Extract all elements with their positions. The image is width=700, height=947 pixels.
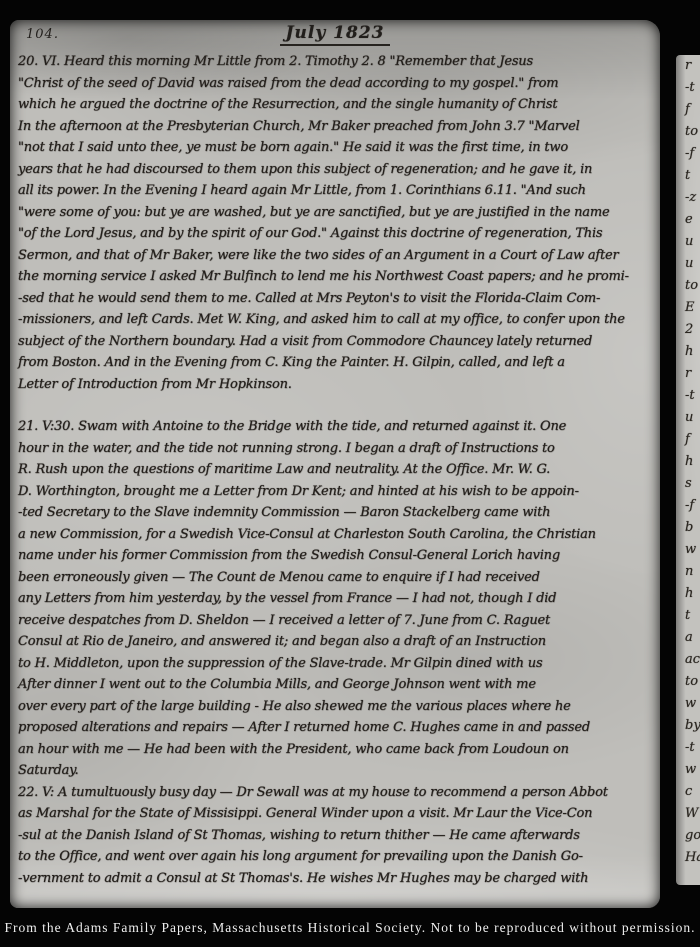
- next-page-text-fragment: -z: [676, 187, 700, 209]
- manuscript-line: In the afternoon at the Presbyterian Chu…: [18, 116, 654, 138]
- manuscript-line: "of the Lord Jesus, and by the spirit of…: [18, 223, 654, 245]
- next-page-text-fragment: to: [676, 671, 700, 693]
- manuscript-line: to the Office, and went over again his l…: [18, 846, 654, 868]
- diary-entries: 20. VI. Heard this morning Mr Little fro…: [18, 51, 654, 889]
- next-page-text-fragment: a: [676, 627, 700, 649]
- manuscript-line: hour in the water, and the tide not runn…: [18, 438, 654, 460]
- next-page-text-fragment: t: [676, 605, 700, 627]
- manuscript-line: Consul at Rio de Janeiro, and answered i…: [18, 631, 654, 653]
- manuscript-line: name under his former Commission from th…: [18, 545, 654, 567]
- manuscript-line: proposed alterations and repairs — After…: [18, 717, 654, 739]
- manuscript-line: 21. V:30. Swam with Antoine to the Bridg…: [18, 416, 654, 438]
- manuscript-line: 22. V: A tumultuously busy day — Dr Sewa…: [18, 782, 654, 804]
- next-page-text-fragment: f: [676, 99, 700, 121]
- manuscript-line: "Christ of the seed of David was raised …: [18, 73, 654, 95]
- next-page-text-fragment: W: [676, 803, 700, 825]
- next-page-text-fragment: to: [676, 275, 700, 297]
- manuscript-line: Saturday.: [18, 760, 654, 782]
- next-page-text-fragment: c: [676, 781, 700, 803]
- manuscript-line: receive despatches from D. Sheldon — I r…: [18, 610, 654, 632]
- next-page-text-fragment: -f: [676, 143, 700, 165]
- manuscript-line: as Marshal for the State of Missisippi. …: [18, 803, 654, 825]
- scan-background: 104. July 1823 20. VI. Heard this mornin…: [0, 0, 700, 947]
- next-page-text-fragment: w: [676, 539, 700, 561]
- next-page-text-fragment: b: [676, 517, 700, 539]
- next-page-text-fragment: w: [676, 759, 700, 781]
- manuscript-line: over every part of the large building - …: [18, 696, 654, 718]
- next-page-text-fragment: r: [676, 55, 700, 77]
- manuscript-line: years that he had discoursed to them upo…: [18, 159, 654, 181]
- next-page-text-fragment: E: [676, 297, 700, 319]
- diary-entry: 21. V:30. Swam with Antoine to the Bridg…: [18, 416, 654, 782]
- next-page-text-fragment: h: [676, 451, 700, 473]
- manuscript-line: D. Worthington, brought me a Letter from…: [18, 481, 654, 503]
- next-page-text-fragment: -t: [676, 77, 700, 99]
- manuscript-page: 104. July 1823 20. VI. Heard this mornin…: [10, 20, 660, 908]
- manuscript-line: "were some of you: but ye are washed, bu…: [18, 202, 654, 224]
- manuscript-line: a new Commission, for a Swedish Vice-Con…: [18, 524, 654, 546]
- manuscript-line: the morning service I asked Mr Bulfinch …: [18, 266, 654, 288]
- next-page-text-fragment: e: [676, 209, 700, 231]
- next-page-text-fragment: s: [676, 473, 700, 495]
- next-page-text-fragment: f: [676, 429, 700, 451]
- next-page-text-fragment: h: [676, 583, 700, 605]
- manuscript-line: an hour with me — He had been with the P…: [18, 739, 654, 761]
- next-page-text-fragment: r: [676, 363, 700, 385]
- next-page-text-fragment: h: [676, 341, 700, 363]
- manuscript-line: subject of the Northern boundary. Had a …: [18, 331, 654, 353]
- diary-entry: 22. V: A tumultuously busy day — Dr Sewa…: [18, 782, 654, 890]
- manuscript-line: any Letters from him yesterday, by the v…: [18, 588, 654, 610]
- next-page-text-fragment: to: [676, 121, 700, 143]
- month-header-text: July 1823: [280, 23, 391, 46]
- manuscript-line: -sul at the Danish Island of St Thomas, …: [18, 825, 654, 847]
- next-page-text-fragment: t: [676, 165, 700, 187]
- manuscript-line: Letter of Introduction from Mr Hopkinson…: [18, 374, 654, 396]
- manuscript-line: 20. VI. Heard this morning Mr Little fro…: [18, 51, 654, 73]
- manuscript-line: Sermon, and that of Mr Baker, were like …: [18, 245, 654, 267]
- next-page-text-fragment: u: [676, 231, 700, 253]
- manuscript-line: to H. Middleton, upon the suppression of…: [18, 653, 654, 675]
- next-page-text-fragment: n: [676, 561, 700, 583]
- manuscript-line: -sed that he would send them to me. Call…: [18, 288, 654, 310]
- next-page-sliver: r-tfto-ft-zeuutoE2hr-tufhs-fbwnhtaactowb…: [676, 55, 700, 885]
- manuscript-line: "not that I said unto thee, ye must be b…: [18, 137, 654, 159]
- next-page-text-fragment: Ha: [676, 847, 700, 869]
- next-page-text-fragment: -f: [676, 495, 700, 517]
- manuscript-line: After dinner I went out to the Columbia …: [18, 674, 654, 696]
- diary-entry: 20. VI. Heard this morning Mr Little fro…: [18, 51, 654, 395]
- next-page-text-fragment: u: [676, 407, 700, 429]
- next-page-text-fragment: go: [676, 825, 700, 847]
- next-page-text-fragment: u: [676, 253, 700, 275]
- manuscript-line: -ted Secretary to the Slave indemnity Co…: [18, 502, 654, 524]
- manuscript-line: which he argued the doctrine of the Resu…: [18, 94, 654, 116]
- manuscript-line: all its power. In the Evening I heard ag…: [18, 180, 654, 202]
- manuscript-line: from Boston. And in the Evening from C. …: [18, 352, 654, 374]
- manuscript-line: R. Rush upon the questions of maritime L…: [18, 459, 654, 481]
- archive-caption: From the Adams Family Papers, Massachuse…: [0, 920, 700, 936]
- next-page-text-fragment: by: [676, 715, 700, 737]
- next-page-text-fragment: -t: [676, 385, 700, 407]
- manuscript-line: -missioners, and left Cards. Met W. King…: [18, 309, 654, 331]
- manuscript-line: -vernment to admit a Consul at St Thomas…: [18, 868, 654, 890]
- next-page-text-fragment: ac: [676, 649, 700, 671]
- manuscript-line: been erroneously given — The Count de Me…: [18, 567, 654, 589]
- next-page-text-fragment: 2: [676, 319, 700, 341]
- next-page-text-fragment: w: [676, 693, 700, 715]
- month-header: July 1823: [10, 23, 660, 46]
- next-page-text-fragment: -t: [676, 737, 700, 759]
